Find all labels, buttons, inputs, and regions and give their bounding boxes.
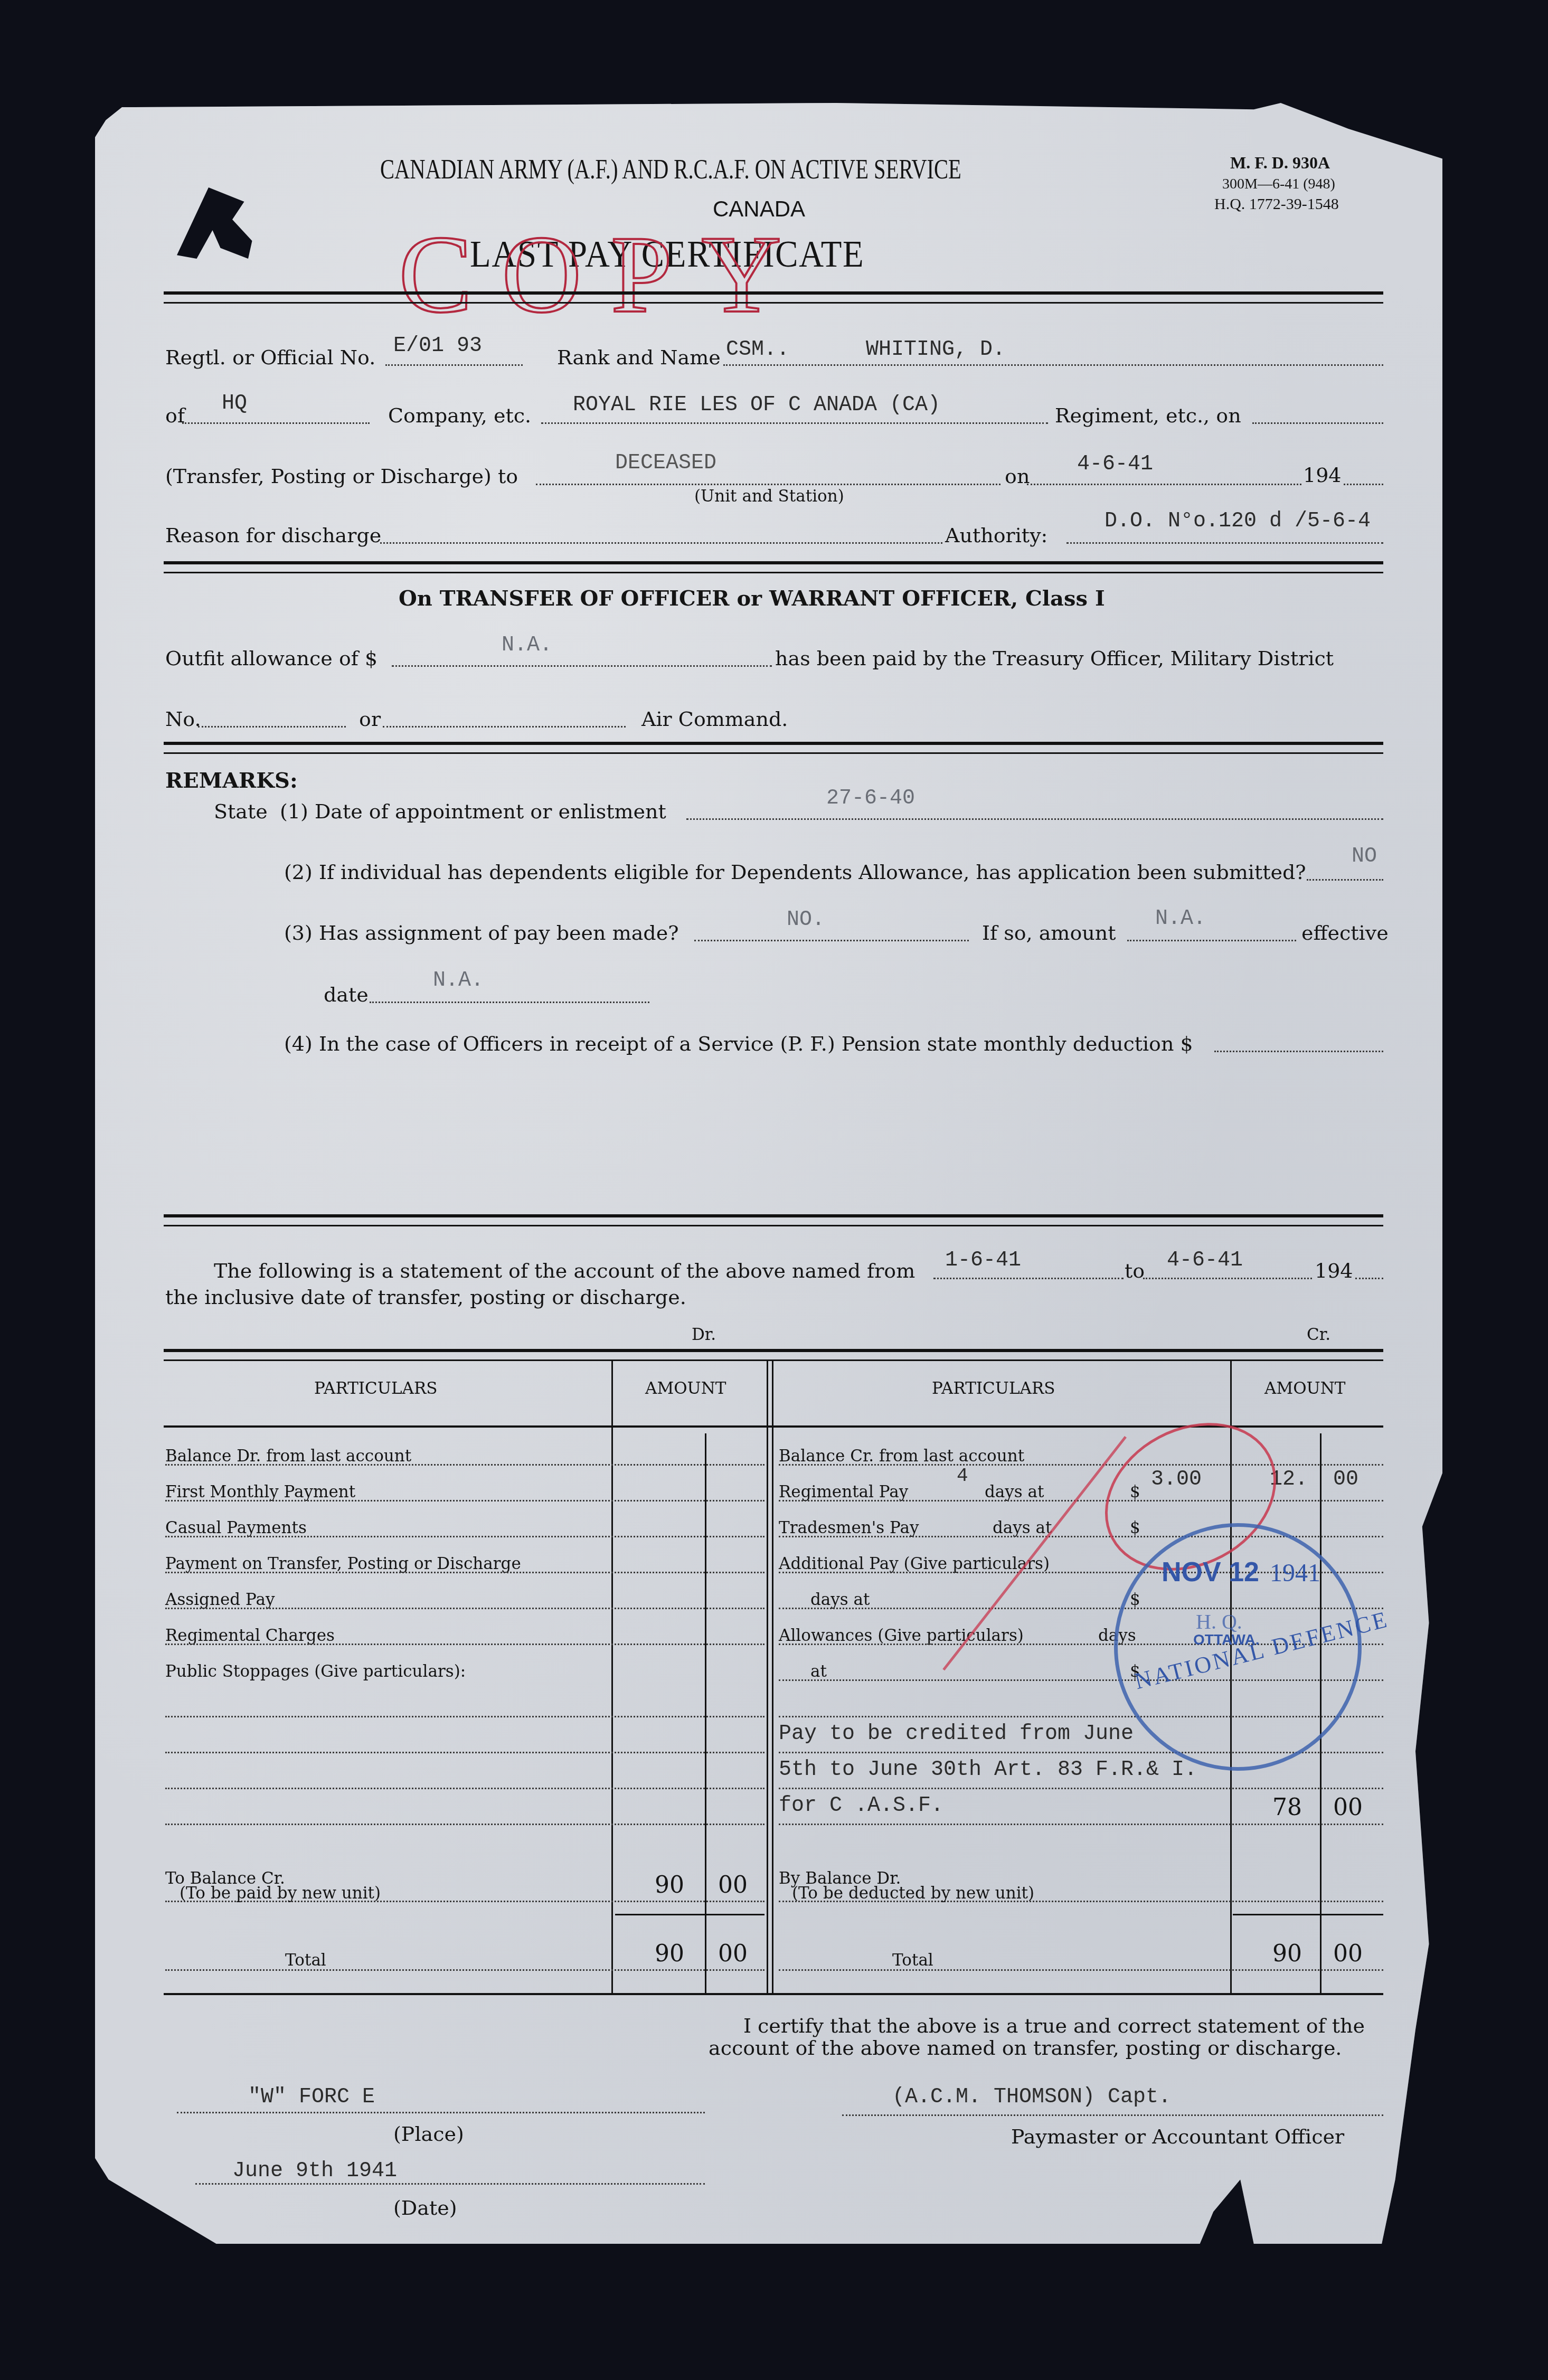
total-label-right: Total bbox=[892, 1951, 933, 1970]
q1-value[interactable]: 27-6-40 bbox=[826, 787, 915, 810]
unit-station-caption: (Unit and Station) bbox=[694, 487, 844, 506]
header-amount-left: AMOUNT bbox=[645, 1379, 726, 1398]
reg-pay-cents[interactable]: 00 bbox=[1333, 1468, 1358, 1491]
company-label: Company, etc. bbox=[388, 404, 531, 427]
signature-value[interactable]: (A.C.M. THOMSON) Capt. bbox=[892, 2085, 1171, 2109]
debit-row-label: Casual Payments bbox=[165, 1518, 307, 1537]
date-caption: (Date) bbox=[393, 2196, 457, 2220]
org-line: CANADIAN ARMY (A.F.) AND R.C.A.F. ON ACT… bbox=[380, 154, 961, 185]
header-particulars-right: PARTICULARS bbox=[932, 1379, 1055, 1398]
q1-label: (1) Date of appointment or enlistment bbox=[280, 800, 666, 823]
place-caption: (Place) bbox=[393, 2122, 464, 2146]
total-right-dollars: 90 bbox=[1272, 1940, 1302, 1967]
debit-row-label: Public Stoppages (Give particulars): bbox=[165, 1662, 466, 1681]
credit-row-label: Allowances (Give particulars) bbox=[779, 1626, 1024, 1645]
q4-label: (4) In the case of Officers in receipt o… bbox=[284, 1032, 1193, 1055]
total-label-left: Total bbox=[285, 1951, 326, 1970]
statement-year-prefix: 194 bbox=[1315, 1259, 1353, 1282]
q3-date-value[interactable]: N.A. bbox=[433, 969, 484, 993]
stamp-year: 1941 bbox=[1270, 1559, 1320, 1588]
total-right-cents: 00 bbox=[1333, 1940, 1363, 1967]
regtl-label: Regtl. or Official No. bbox=[165, 346, 375, 369]
credit-typed-line[interactable]: for C .A.S.F. bbox=[779, 1794, 943, 1818]
on-date-value[interactable]: 4-6-41 bbox=[1077, 452, 1153, 476]
statement-inclusive: the inclusive date of transfer, posting … bbox=[165, 1286, 686, 1309]
on-label: on bbox=[1005, 465, 1030, 488]
to-balance-sub: (To be paid by new unit) bbox=[180, 1884, 381, 1903]
credit-row-label: Tradesmen's Pay bbox=[779, 1518, 919, 1537]
regtl-value[interactable]: E/01 93 bbox=[393, 334, 482, 358]
hq-reference: H.Q. 1772-39-1548 bbox=[1214, 195, 1339, 213]
statement-to-value[interactable]: 4-6-41 bbox=[1167, 1249, 1243, 1272]
credit-row-label: days at bbox=[810, 1590, 870, 1609]
q3-date-label: date bbox=[324, 983, 369, 1006]
signature-caption: Paymaster or Accountant Officer bbox=[1011, 2125, 1344, 2148]
q3-amount-value[interactable]: N.A. bbox=[1155, 907, 1206, 931]
reason-label: Reason for discharge bbox=[165, 524, 381, 547]
header-rule bbox=[164, 291, 1383, 304]
credit-typed-line[interactable]: Pay to be credited from June bbox=[779, 1722, 1134, 1746]
statement-intro: The following is a statement of the acco… bbox=[214, 1259, 915, 1282]
dr-label: Dr. bbox=[692, 1325, 716, 1344]
rank-name-label: Rank and Name bbox=[557, 346, 721, 369]
debit-row-label: Balance Dr. from last account bbox=[165, 1447, 411, 1466]
credit-row-label: Additional Pay (Give particulars) bbox=[779, 1554, 1050, 1573]
debit-row-label: Assigned Pay bbox=[165, 1590, 275, 1609]
form-number: M. F. D. 930A bbox=[1230, 153, 1330, 173]
table-bottom-rule bbox=[164, 1993, 1383, 1995]
outfit-label: Outfit allowance of $ bbox=[165, 647, 377, 670]
authority-value[interactable]: D.O. N°o.120 d /5-6-4 bbox=[1105, 509, 1371, 533]
debit-row-label: Regimental Charges bbox=[165, 1626, 335, 1645]
stamp-hq: H. Q. bbox=[1196, 1609, 1242, 1634]
statement-from-value[interactable]: 1-6-41 bbox=[945, 1249, 1021, 1272]
air-command-label: Air Command. bbox=[641, 707, 788, 731]
total-left-dollars: 90 bbox=[655, 1940, 684, 1967]
trades-pay-days-label: days at bbox=[993, 1518, 1052, 1537]
by-balance-sub: (To be deducted by new unit) bbox=[792, 1884, 1034, 1903]
officer-transfer-heading: On TRANSFER OF OFFICER or WARRANT OFFICE… bbox=[399, 586, 1105, 611]
transfer-label: (Transfer, Posting or Discharge) to bbox=[165, 465, 518, 488]
transfer-value[interactable]: DECEASED bbox=[615, 451, 716, 475]
stamp-date: NOV 12 bbox=[1162, 1556, 1259, 1588]
credit-typed-dollars: 78 bbox=[1272, 1794, 1302, 1821]
to-balance-dollars: 90 bbox=[655, 1872, 684, 1899]
q2-value[interactable]: NO bbox=[1352, 845, 1377, 868]
remarks-heading: REMARKS: bbox=[165, 768, 298, 793]
credit-row-label: Regimental Pay bbox=[779, 1482, 908, 1501]
cr-label: Cr. bbox=[1307, 1325, 1330, 1344]
header-amount-right: AMOUNT bbox=[1264, 1379, 1345, 1398]
outfit-suffix: has been paid by the Treasury Officer, M… bbox=[775, 647, 1334, 670]
credit-row-label: Balance Cr. from last account bbox=[779, 1447, 1024, 1466]
reg-pay-days[interactable]: 4 bbox=[957, 1465, 968, 1487]
q3-effective-label: effective bbox=[1301, 921, 1389, 945]
name-value[interactable]: WHITING, D. bbox=[866, 338, 1005, 362]
company-value[interactable]: HQ bbox=[222, 392, 247, 415]
total-left-cents: 00 bbox=[718, 1940, 748, 1967]
section-rule bbox=[164, 742, 1383, 754]
year-prefix: 194 bbox=[1303, 464, 1342, 487]
q3-amount-label: If so, amount bbox=[982, 921, 1116, 945]
reg-pay-days-label: days at bbox=[985, 1482, 1044, 1501]
credit-row-label: at bbox=[810, 1662, 827, 1681]
q3-label: (3) Has assignment of pay been made? bbox=[284, 921, 679, 945]
to-balance-cents: 00 bbox=[718, 1872, 748, 1899]
q2-label: (2) If individual has dependents eligibl… bbox=[284, 861, 1306, 884]
debit-row-label: First Monthly Payment bbox=[165, 1482, 355, 1501]
debit-row-label: Payment on Transfer, Posting or Discharg… bbox=[165, 1554, 521, 1573]
outfit-value[interactable]: N.A. bbox=[502, 634, 552, 657]
authority-label: Authority: bbox=[945, 524, 1047, 547]
certify-line-1: I certify that the above is a true and c… bbox=[743, 2014, 1365, 2037]
regiment-value[interactable]: ROYAL RIE LES OF C ANADA (CA) bbox=[573, 393, 940, 417]
district-no-label: No. bbox=[165, 707, 201, 731]
table-top-rule bbox=[164, 1349, 1383, 1361]
copy-stamp: COPY bbox=[399, 211, 810, 338]
credit-typed-line[interactable]: 5th to June 30th Art. 83 F.R.& I. bbox=[779, 1758, 1197, 1782]
statement-to-label: to bbox=[1125, 1259, 1145, 1282]
state-label: State bbox=[214, 800, 268, 823]
date-value[interactable]: June 9th 1941 bbox=[232, 2159, 397, 2183]
rank-value[interactable]: CSM.. bbox=[726, 338, 789, 362]
place-value[interactable]: "W" FORC E bbox=[248, 2085, 375, 2109]
credit-typed-cents: 00 bbox=[1333, 1794, 1363, 1821]
print-code: 300M—6-41 (948) bbox=[1222, 176, 1335, 193]
regiment-label: Regiment, etc., on bbox=[1055, 404, 1241, 427]
certify-line-2: account of the above named on transfer, … bbox=[709, 2036, 1342, 2060]
q3-value[interactable]: NO. bbox=[787, 908, 825, 932]
header-particulars-left: PARTICULARS bbox=[314, 1379, 438, 1398]
section-rule bbox=[164, 561, 1383, 573]
or-label: or bbox=[359, 707, 381, 731]
section-rule bbox=[164, 1214, 1383, 1226]
